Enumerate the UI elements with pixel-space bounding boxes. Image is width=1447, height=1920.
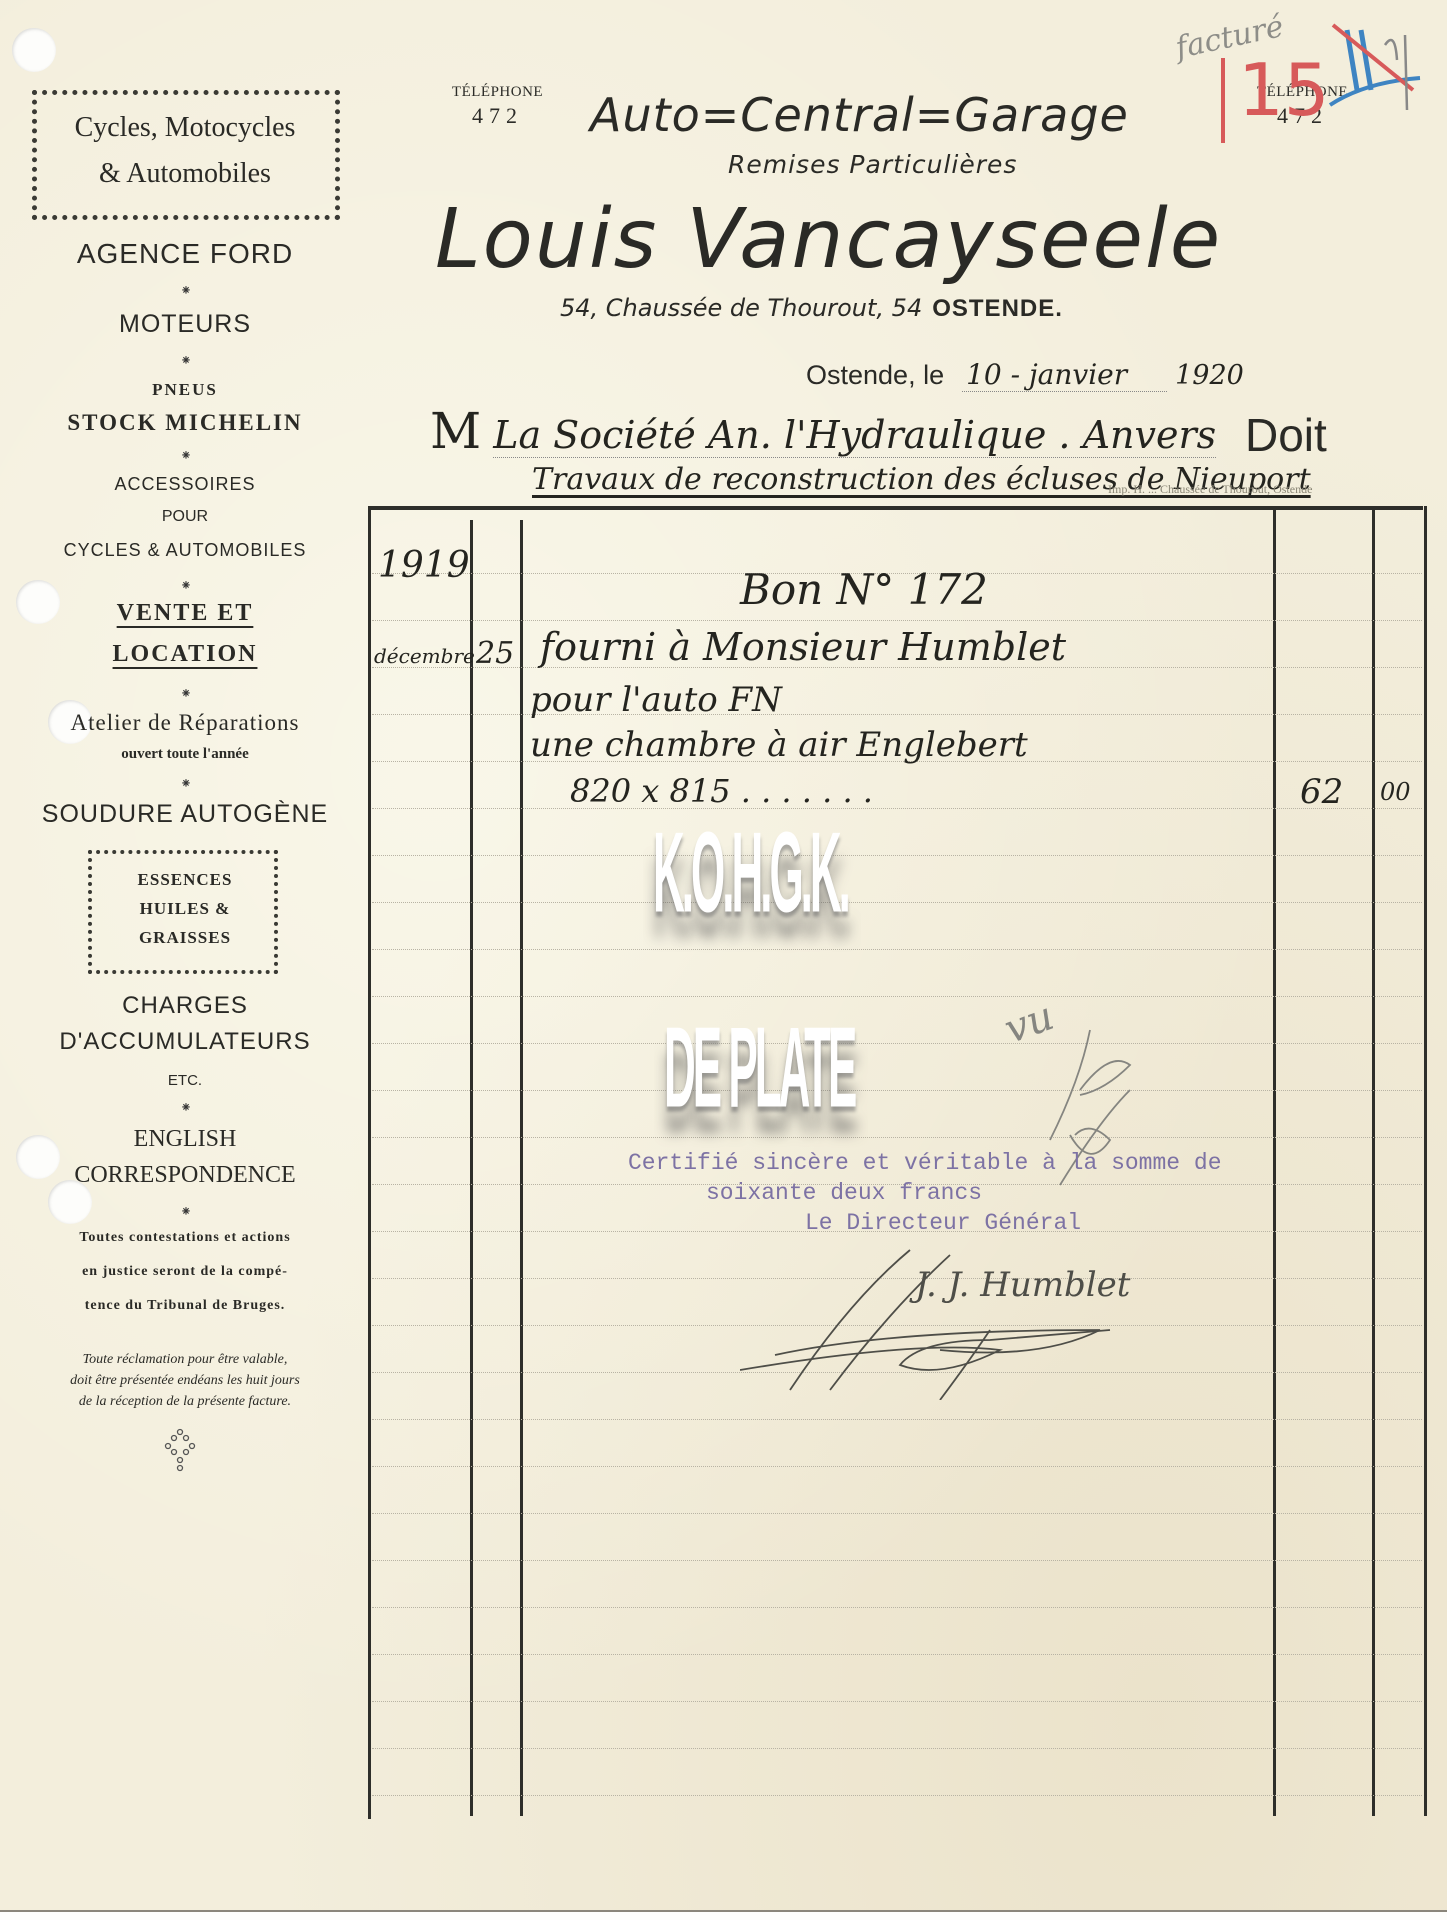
atelier-reparations: Atelier de Réparations (20, 710, 350, 736)
certification-title: Le Directeur Général (805, 1210, 1081, 1236)
services-line-1: Cycles, Motocycles (20, 112, 350, 144)
ornament-icon: ⁕ (20, 686, 350, 703)
services-box (32, 90, 340, 220)
soudure-autogene: SOUDURE AUTOGÈNE (20, 800, 350, 829)
pour: POUR (20, 508, 350, 526)
table-left-border (368, 506, 371, 1819)
business-subtitle: Remises Particulières (728, 150, 1017, 179)
year-cell: 1919 (378, 545, 470, 586)
date-year: 1920 (1175, 360, 1244, 391)
ornament-icon: ⁕ (20, 283, 350, 300)
stock-michelin: STOCK MICHELIN (20, 410, 350, 436)
certification-line-1: Certifié sincère et véritable à la somme… (628, 1150, 1222, 1176)
location: LOCATION (20, 641, 350, 668)
city: OSTENDE. (932, 295, 1063, 322)
punch-hole (12, 28, 56, 72)
signature-flourish (740, 1240, 1140, 1400)
etc: ETC. (20, 1072, 350, 1089)
ornament-icon: ⁕ (20, 1100, 350, 1117)
graisses: GRAISSES (20, 928, 350, 948)
accumulateurs: D'ACCUMULATEURS (20, 1028, 350, 1056)
red-pencil-mark (1221, 58, 1225, 143)
month-cell: décembre (374, 644, 475, 668)
street-address: 54, Chaussée de Thourout, 54 (560, 294, 922, 322)
agence-ford: AGENCE FORD (20, 238, 350, 270)
charges: CHARGES (20, 992, 350, 1020)
recipient-name: La Société An. l'Hydraulique . Anvers (493, 413, 1216, 458)
english: ENGLISH (20, 1126, 350, 1153)
moteurs: MOTEURS (20, 310, 350, 339)
column-divider-cents (1372, 506, 1375, 1816)
amount-cents: 00 (1380, 778, 1411, 806)
reclamation-line-1: Toute réclamation pour être valable, (20, 1352, 350, 1368)
recipient-line: M La Société An. l'Hydraulique . Anvers (430, 402, 1370, 460)
business-name: Auto=Central=Garage (590, 88, 1129, 142)
correspondence: CORRESPONDENCE (20, 1162, 350, 1189)
table-top-border (368, 506, 1423, 510)
cycles-automobiles: CYCLES & AUTOMOBILES (20, 540, 350, 561)
telephone-label: TÉLÉPHONE (440, 84, 555, 101)
ornament-icon: ⁕ (20, 1204, 350, 1221)
vente-et: VENTE ET (20, 600, 350, 627)
red-number: 15 (1238, 48, 1330, 132)
table-right-border (1424, 506, 1427, 1816)
line-item-size: 820 x 815 . . . . . . . (570, 772, 873, 810)
pneus: PNEUS (20, 380, 350, 400)
recipient-prefix: M (430, 402, 481, 460)
printer-credit: Imp. H. ... Chaussée de Thourout, Ostend… (1108, 482, 1312, 497)
reclamation-line-2: doit être présentée endéans les huit jou… (20, 1373, 350, 1389)
column-divider-amount (1273, 506, 1276, 1816)
telephone-left: TÉLÉPHONE 472 (440, 84, 555, 129)
watermark-de-plate: DE PLATE (664, 1005, 854, 1135)
legal-line-2: en justice seront de la compé- (20, 1264, 350, 1280)
essences: ESSENCES (20, 870, 350, 890)
blue-red-ref-mark (1325, 20, 1425, 110)
address-line: 54, Chaussée de Thourout, 54 OSTENDE. (560, 294, 1063, 323)
ornament-icon: ⁕ (20, 776, 350, 793)
line-item-vehicle: pour l'auto FN (530, 680, 782, 720)
legal-line-1: Toutes contestations et actions (20, 1230, 350, 1246)
date-prefix: Ostende, le (806, 360, 944, 390)
amount-francs: 62 (1300, 772, 1343, 812)
proprietor-name: Louis Vancayseele (435, 192, 1222, 287)
diamond-ornament-icon (158, 1428, 202, 1472)
ornament-icon: ⁕ (20, 578, 350, 595)
line-item-supplied-to: fourni à Monsieur Humblet (540, 625, 1066, 669)
watermark-kohgk: K.O.H.G.K. (653, 810, 848, 940)
telephone-number: 472 (440, 103, 555, 129)
date-line: Ostende, le 10 - janvier 1920 (806, 358, 1244, 391)
day-cell: 25 (476, 636, 514, 671)
services-line-2: & Automobiles (20, 158, 350, 190)
ornament-icon: ⁕ (20, 353, 350, 370)
ornament-icon: ⁕ (20, 448, 350, 465)
date-handwritten: 10 - janvier (962, 358, 1167, 392)
line-item-voucher: Bon N° 172 (740, 565, 988, 614)
invoice-document: Cycles, Motocycles & Automobiles AGENCE … (0, 0, 1447, 1912)
certification-line-2: soixante deux francs (706, 1180, 982, 1206)
accessoires: ACCESSOIRES (20, 474, 350, 495)
line-item-product: une chambre à air Englebert (530, 725, 1028, 765)
huiles: HUILES & (20, 899, 350, 919)
doit-label: Doit (1245, 408, 1327, 462)
legal-line-3: tence du Tribunal de Bruges. (20, 1298, 350, 1314)
reclamation-line-3: de la réception de la présente facture. (20, 1394, 350, 1410)
ouvert-annee: ouvert toute l'année (20, 746, 350, 763)
